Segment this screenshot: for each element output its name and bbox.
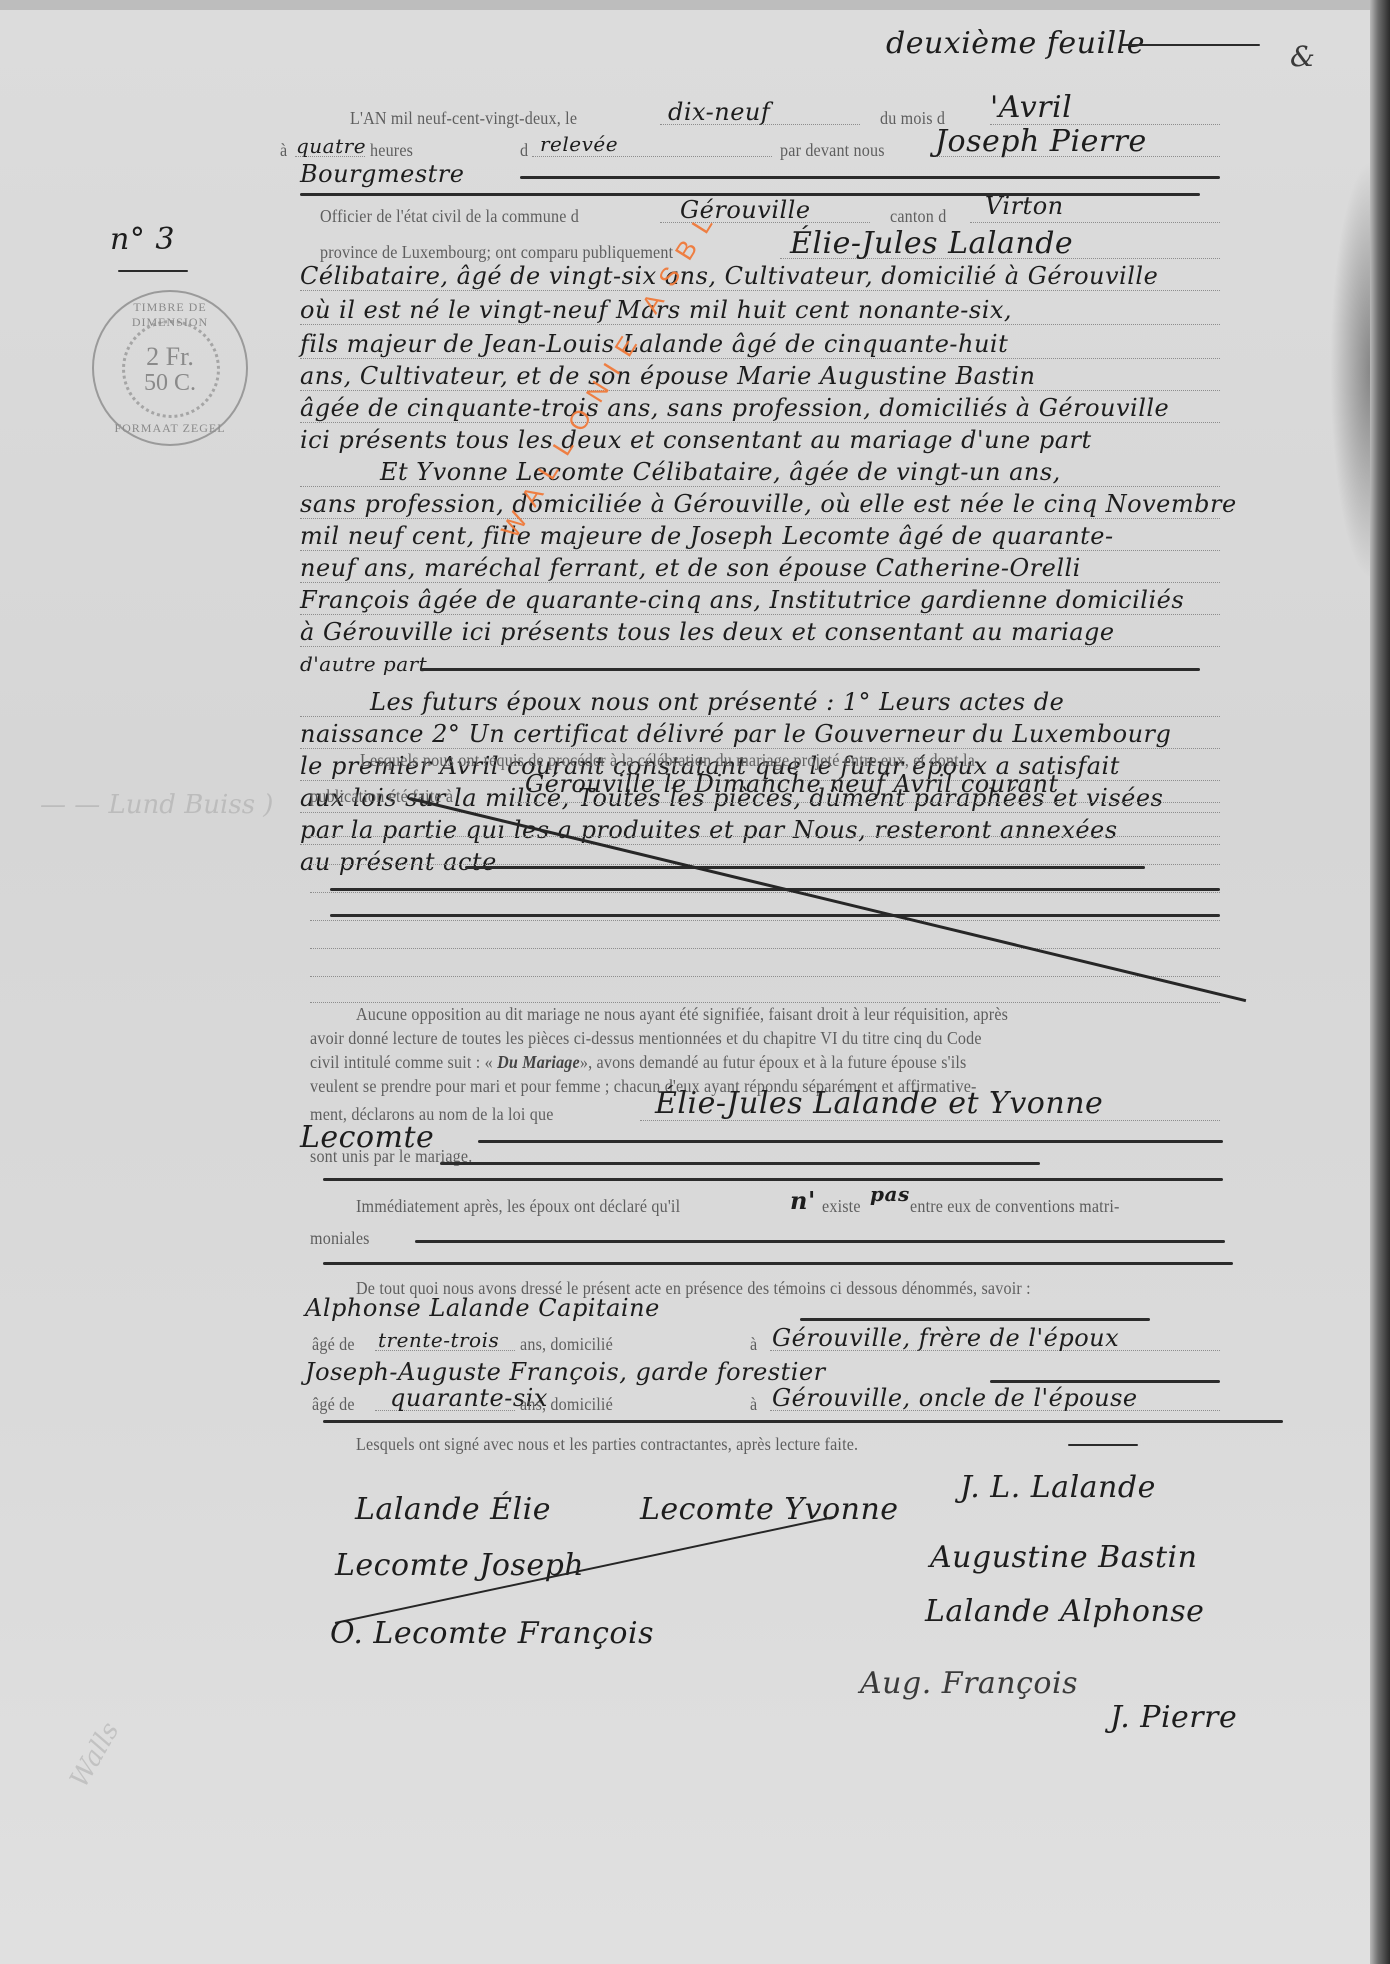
declaration-line: Aucune opposition au dit mariage ne nous… (356, 1004, 1008, 1025)
groom-line: âgée de cinquante-trois ans, sans profes… (300, 394, 1169, 422)
fill-line (300, 422, 1220, 423)
hours-label: heures (370, 140, 413, 161)
officer-line-label: Officier de l'état civil de la commune d (320, 206, 579, 227)
conventions-text-c: entre eux de conventions matri- (910, 1196, 1120, 1217)
show-through-text: — — Lund Buiss ) (40, 790, 273, 820)
fill-rule (1068, 1444, 1138, 1446)
tax-stamp: TIMBRE DE DIMENSION 2 Fr. 50 C. FORMAAT … (92, 290, 248, 446)
bride-line: à Gérouville ici présents tous les deux … (300, 618, 1115, 646)
witness-1-age: trente-trois (378, 1328, 499, 1352)
page-shadow (1330, 160, 1372, 580)
fill-line (300, 812, 1220, 813)
signature-witness-2: Aug. François (860, 1666, 1078, 1701)
fill-line (300, 390, 1220, 391)
fill-line (515, 802, 1220, 803)
fill-line (310, 836, 1220, 837)
signature-witness-1: Lalande Alphonse (925, 1594, 1204, 1629)
fill-line (310, 948, 1220, 949)
stamp-value-francs: 2 Fr. (94, 342, 246, 372)
documents-line: par la partie qui les a produites et par… (300, 816, 1118, 844)
canton-value: Virton (985, 192, 1064, 220)
fill-line (970, 222, 1220, 223)
documents-line: au présent acte (300, 848, 497, 876)
fill-rule (800, 1318, 1150, 1321)
stamp-top-text: TIMBRE DE DIMENSION (94, 300, 246, 330)
groom-line: ici présents tous les deux et consentant… (300, 426, 1092, 454)
fill-line (532, 156, 772, 157)
witness-1-domicile: Gérouville, frère de l'époux (772, 1324, 1119, 1352)
declaration-line-3: civil intitulé comme suit : « Du Mariage… (310, 1052, 967, 1073)
sheet-note-underline (1120, 44, 1260, 46)
bride-line: mil neuf cent, fille majeure de Joseph L… (300, 522, 1114, 550)
documents-line: naissance 2° Un certificat délivré par l… (300, 720, 1171, 748)
sheet-note: deuxième feuille (886, 26, 1145, 61)
conventions-pas: pas (870, 1182, 910, 1206)
sheet-mark: & (1290, 40, 1315, 73)
fill-rule (420, 668, 1200, 671)
publication-intro: Lesquels nous ont requis de procéder à l… (360, 750, 975, 771)
chapter-title: Du Mariage (497, 1052, 580, 1072)
fill-line (310, 976, 1220, 977)
bride-line: François âgée de quarante-cinq ans, Inst… (300, 586, 1184, 614)
witness-1-name: Alphonse Lalande Capitaine (305, 1294, 660, 1322)
officer-name: Joseph Pierre (935, 124, 1147, 159)
groom-line: Célibataire, âgé de vingt-six ans, Culti… (300, 262, 1158, 290)
fill-line (300, 358, 1220, 359)
conventions-text-d: moniales (310, 1228, 370, 1249)
province-line: province de Luxembourg; ont comparu publ… (320, 242, 673, 263)
show-through-text: Walls (64, 1717, 125, 1793)
witness-2-years-label: ans, domicilié (520, 1394, 613, 1415)
fill-rule (465, 866, 1145, 869)
groom-name: Élie-Jules Lalande (790, 226, 1073, 261)
fill-rule (415, 1240, 1225, 1243)
bride-line: d'autre part (300, 652, 427, 676)
signature-groom: Lalande Élie (355, 1492, 551, 1527)
signature-bride: Lecomte Yvonne (640, 1492, 899, 1527)
day-value: dix-neuf (668, 98, 770, 126)
fill-line (300, 324, 1220, 325)
signature-bride-mother: O. Lecomte François (330, 1616, 654, 1651)
at-label: à (280, 140, 287, 161)
fill-rule (330, 914, 1220, 917)
closing-statement: Lesquels ont signé avec nous et les part… (356, 1434, 858, 1455)
period-value: relevée (540, 132, 618, 156)
fill-line (310, 920, 1220, 921)
bride-line: neuf ans, maréchal ferrant, et de son ép… (300, 554, 1081, 582)
hour-value: quatre (296, 134, 366, 158)
fill-rule (990, 1380, 1220, 1383)
fill-line (300, 290, 1220, 291)
declaration-text: civil intitulé comme suit : « (310, 1052, 497, 1072)
bride-line: Et Yvonne Lecomte Célibataire, âgée de v… (380, 458, 1061, 486)
officer-title: Bourgmestre (300, 160, 464, 188)
witness-1-age-label: âgé de (312, 1334, 355, 1355)
fill-line (300, 550, 1220, 551)
fill-rule (323, 1262, 1233, 1265)
scan-top-edge (0, 0, 1372, 10)
fill-line (310, 864, 1220, 865)
witness-2-age-label: âgé de (312, 1394, 355, 1415)
declaration-line: avoir donné lecture de toutes les pièces… (310, 1028, 982, 1049)
fill-rule (323, 1178, 1223, 1181)
register-page: — — Lund Buiss ) Walls deuxième feuille … (0, 0, 1372, 1964)
couple-names: Élie-Jules Lalande et Yvonne (655, 1086, 1103, 1121)
fill-line (310, 1002, 1220, 1003)
publication-value: Gérouville le Dimanche neuf Avril couran… (525, 770, 1059, 798)
fill-line (300, 518, 1220, 519)
fill-rule (478, 1140, 1223, 1143)
stamp-bottom-text: FORMAAT ZEGEL (94, 421, 246, 436)
fill-rule (440, 1162, 1040, 1165)
conventions-text-b: existe (822, 1196, 861, 1217)
book-binding-edge (1370, 0, 1390, 1964)
fill-line (310, 892, 1220, 893)
fill-rule (520, 176, 1220, 179)
fill-line (300, 748, 1220, 749)
fill-line (300, 716, 1220, 717)
witness-1-years-label: ans, domicilié (520, 1334, 613, 1355)
canton-label: canton d (890, 206, 946, 227)
signature-groom-father: J. L. Lalande (960, 1470, 1156, 1505)
witness-2-domicile: Gérouville, oncle de l'épouse (772, 1384, 1138, 1412)
act-number: n° 3 (110, 222, 175, 257)
fill-rule (323, 1420, 1283, 1423)
witness-2-at-label: à (750, 1394, 757, 1415)
stamp-value-centimes: 50 C. (94, 370, 246, 397)
act-number-underline (118, 270, 188, 272)
fill-line (300, 614, 1220, 615)
witness-2-name: Joseph-Auguste François, garde forestier (305, 1358, 826, 1386)
preamble-year: L'AN mil neuf-cent-vingt-deux, le (350, 108, 577, 129)
of-label: d (520, 140, 528, 161)
groom-line: fils majeur de Jean-Louis Lalande âgé de… (300, 330, 1008, 358)
fill-line (300, 486, 1220, 487)
documents-line: Les futurs époux nous ont présenté : 1° … (370, 688, 1064, 716)
fill-line (300, 582, 1220, 583)
before-label: par devant nous (780, 140, 885, 161)
signature-groom-mother: Augustine Bastin (930, 1540, 1197, 1575)
witness-1-at-label: à (750, 1334, 757, 1355)
month-value: 'Avril (990, 90, 1072, 125)
declaration-text: », avons demandé au futur époux et à la … (580, 1052, 967, 1072)
signature-officer: J. Pierre (1110, 1700, 1237, 1735)
groom-line: ans, Cultivateur, et de son épouse Marie… (300, 362, 1036, 390)
bride-line: sans profession, domiciliée à Gérouville… (300, 490, 1237, 518)
conventions-negation: n' (790, 1186, 816, 1215)
conventions-text-a: Immédiatement après, les époux ont décla… (356, 1196, 680, 1217)
fill-line (300, 646, 1220, 647)
fill-line (300, 844, 1220, 845)
